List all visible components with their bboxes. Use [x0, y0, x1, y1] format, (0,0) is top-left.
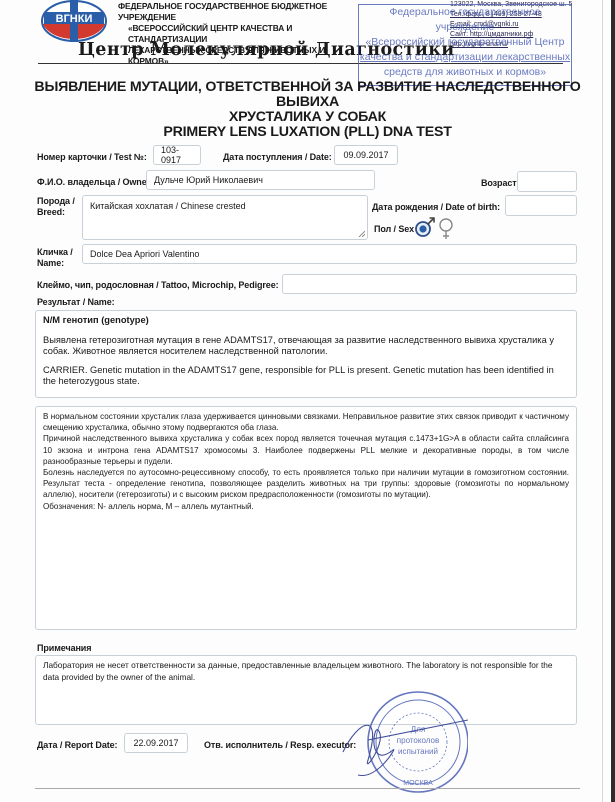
result-text-ru: Выявлена гетерозиготная мутация в гене A…	[43, 335, 569, 357]
age-label: Возраст	[481, 178, 517, 188]
description-paragraph: Причиной наследственного вывиха хрустали…	[43, 433, 569, 467]
result-box[interactable]: N/M генотип (genotype) Выявлена гетерози…	[35, 310, 577, 398]
executor-label: Отв. исполнитель / Resp. executor:	[204, 740, 356, 750]
stamp-line: средств для животных и кормов»	[359, 65, 571, 80]
sex-label: Пол / Sex	[374, 224, 414, 234]
footer-divider	[35, 788, 580, 789]
tattoo-field[interactable]	[282, 274, 577, 294]
svg-text:испытаний: испытаний	[398, 747, 438, 756]
notes-box[interactable]: Лаборатория не несет ответственности за …	[35, 655, 577, 725]
name-label-en: Name:	[37, 258, 73, 269]
vgnki-logo-icon: ВГНКИ	[40, 0, 108, 42]
genotype: N/M генотип (genotype)	[43, 315, 569, 326]
resize-handle-icon[interactable]	[358, 230, 365, 237]
breed-label-ru: Порода /	[37, 196, 75, 207]
age-field[interactable]	[517, 171, 577, 192]
male-radio-icon[interactable]	[414, 216, 436, 238]
title-line-en: PRIMERY LENS LUXATION (PLL) DNA TEST	[20, 125, 595, 140]
tattoo-label: Клеймо, чип, родословная / Tattoo, Micro…	[37, 280, 279, 290]
notes-label: Примечания	[37, 643, 91, 653]
scan-edge	[611, 0, 615, 802]
breed-field[interactable]: Китайская хохлатая / Chinese crested	[82, 195, 368, 240]
breed-value: Китайская хохлатая / Chinese crested	[90, 201, 246, 211]
logo-text: ВГНКИ	[56, 13, 93, 25]
stamp-line: «Всероссийский государственный Центр	[359, 35, 571, 50]
description-box[interactable]: В нормальном состоянии хрусталик глаза у…	[35, 406, 577, 630]
rectangular-stamp: Федеральное государственное учреждение «…	[358, 4, 572, 86]
date-received-field[interactable]: 09.09.2017	[334, 145, 398, 165]
owner-field[interactable]: Дульче Юрий Николаевич	[146, 170, 375, 190]
result-text-en: CARRIER. Genetic mutation in the ADAMTS1…	[43, 365, 569, 387]
dob-label: Дата рождения / Date of birth:	[372, 202, 500, 212]
dob-field[interactable]	[505, 195, 577, 216]
svg-text:МОСКВА: МОСКВА	[403, 780, 433, 787]
document-title: ВЫЯВЛЕНИЕ МУТАЦИИ, ОТВЕТСТВЕННОЙ ЗА РАЗВ…	[20, 80, 595, 140]
breed-label: Порода / Breed:	[37, 196, 75, 218]
description-paragraph: Болезнь наследуется по аутосомно-рецесси…	[43, 467, 569, 501]
stamp-line: Федеральное государственное	[359, 5, 571, 20]
title-line: ХРУСТАЛИКА У СОБАК	[20, 110, 595, 125]
org-line: ФЕДЕРАЛЬНОЕ ГОСУДАРСТВЕННОЕ БЮДЖЕТНОЕ УЧ…	[118, 1, 357, 23]
owner-label: Ф.И.О. владельца / Owner:	[37, 177, 153, 187]
date-received-label: Дата поступления / Date:	[223, 152, 332, 162]
name-label: Кличка / Name:	[37, 247, 73, 269]
stamp-line: качества и стандартизации лекарственных	[359, 50, 571, 65]
description-paragraph: Обозначения: N- аллель норма, М – аллель…	[43, 501, 569, 512]
test-no-field[interactable]: 103-0917	[153, 145, 201, 165]
stamp-line: учреждение	[359, 20, 571, 35]
description-paragraph: В нормальном состоянии хрусталик глаза у…	[43, 411, 569, 433]
report-date-label: Дата / Report Date:	[37, 740, 117, 750]
svg-text:протоколов: протоколов	[397, 736, 439, 745]
report-date-field[interactable]: 22.09.2017	[124, 733, 188, 753]
name-field[interactable]: Dolce Dea Apriori Valentino	[82, 244, 577, 264]
female-radio-icon[interactable]	[438, 217, 454, 241]
round-stamp-icon: Для протоколов испытаний МОСКВА	[338, 680, 468, 802]
test-no-label: Номер карточки / Test №:	[37, 152, 147, 162]
title-line: ВЫЯВЛЕНИЕ МУТАЦИИ, ОТВЕТСТВЕННОЙ ЗА РАЗВ…	[20, 80, 595, 110]
breed-label-en: Breed:	[37, 207, 75, 218]
scan-edge-line	[602, 0, 603, 802]
name-label-ru: Кличка /	[37, 247, 73, 258]
result-label: Результат / Name:	[37, 297, 115, 307]
